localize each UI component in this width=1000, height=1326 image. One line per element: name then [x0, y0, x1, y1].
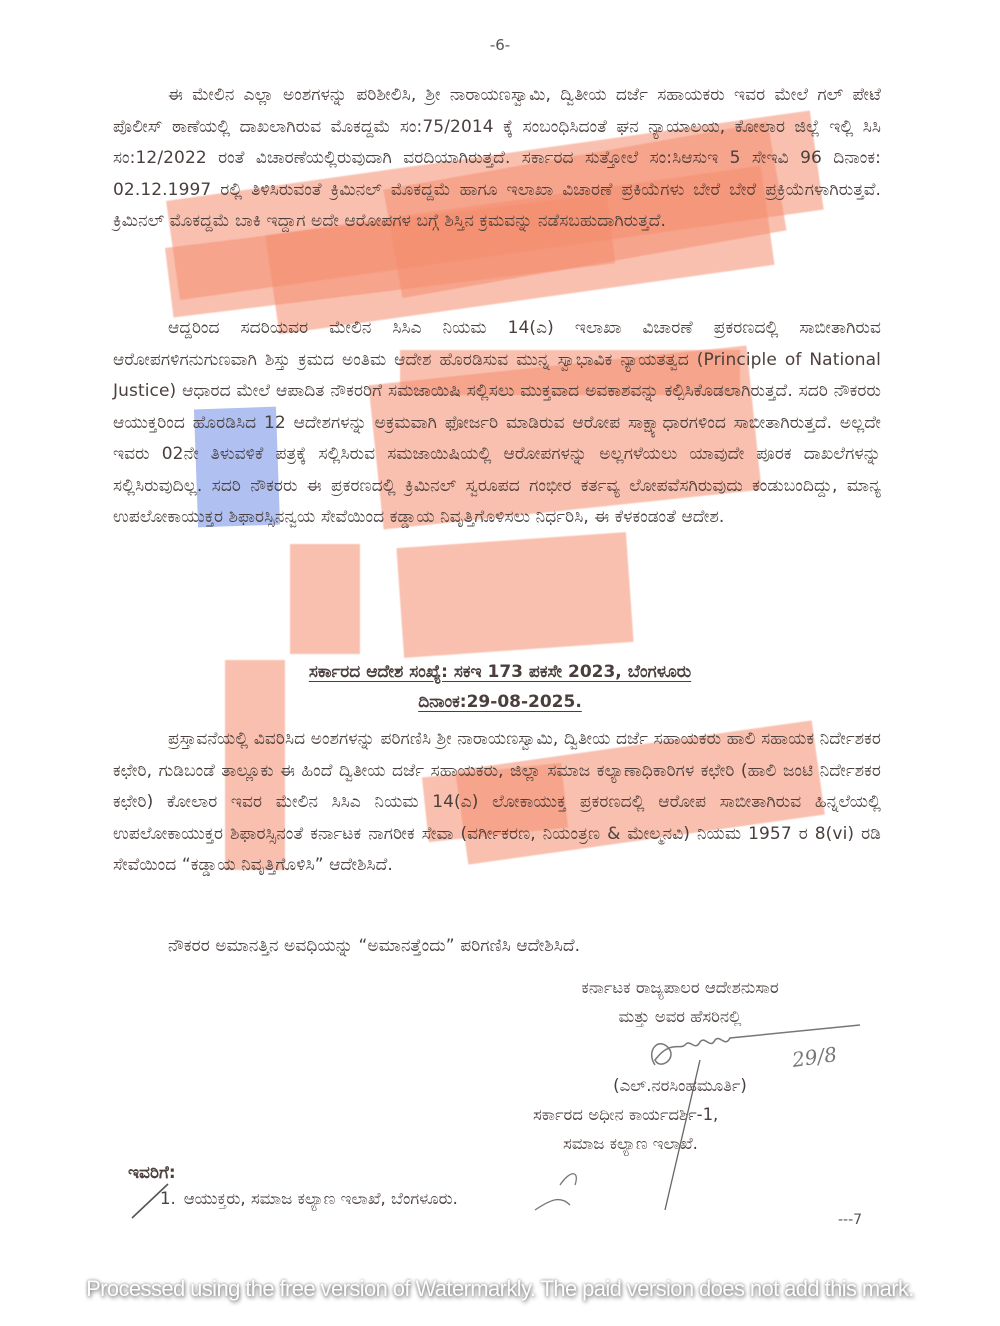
signature-scribble — [600, 1020, 880, 1210]
next-page-marker: ---7 — [838, 1212, 862, 1228]
suspension-paragraph: ನೌಕರರ ಅಮಾನತ್ತಿನ ಅವಧಿಯನ್ನು “ಅಮಾನತ್ತೆಂದು” … — [113, 931, 881, 963]
order-paragraph: ಪ್ರಸ್ತಾವನೆಯಲ್ಲಿ ವಿವರಿಸಿದ ಅಂಶಗಳನ್ನು ಪರಿಗಣ… — [113, 724, 881, 882]
tick-mark-icon — [130, 1180, 170, 1220]
order-date-heading: ದಿನಾಂಕ:29-08-2025. — [0, 687, 1000, 717]
order-number-heading: ಸರ್ಕಾರದ ಆದೇಶ ಸಂಖ್ಯೆ: ಸಕಇ 173 ಪಕಸೇ 2023, … — [0, 657, 1000, 687]
paragraph-1: ಈ ಮೇಲಿನ ಎಲ್ಲಾ ಅಂಶಗಳನ್ನು ಪರಿಶೀಲಿಸಿ, ಶ್ರೀ … — [113, 80, 881, 238]
watermark-notice: Processed using the free version of Wate… — [0, 1276, 1000, 1302]
page-number: -6- — [0, 36, 1000, 54]
document-page: -6- ಈ ಮೇಲಿನ ಎಲ್ಲಾ ಅಂಶಗಳನ್ನು ಪರಿಶೀಲಿಸಿ, ಶ… — [0, 0, 1000, 1326]
recipient-item: 1.ಆಯುಕ್ತರು, ಸಮಾಜ ಕಲ್ಯಾಣ ಇಲಾಖೆ, ಬೆಂಗಳೂರು. — [160, 1189, 458, 1209]
paragraph-2: ಆದ್ದರಿಂದ ಸದರಿಯವರ ಮೇಲಿನ ಸಿಸಿಎ ನಿಯಮ 14(ಎ) … — [113, 313, 881, 534]
authority-line: ಕರ್ನಾಟಕ ರಾಜ್ಯಪಾಲರ ಆದೇಶನುಸಾರ — [515, 973, 845, 1002]
